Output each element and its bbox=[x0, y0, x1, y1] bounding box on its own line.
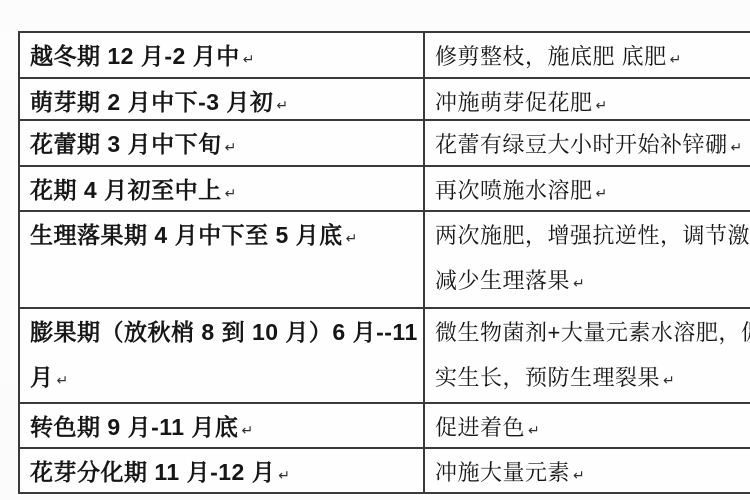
action-cell-line: 微生物菌剂+大量元素水溶肥，促 bbox=[435, 310, 750, 355]
paragraph-return-icon: ↵ bbox=[573, 275, 585, 291]
table-row: 生理落果期 4 月中下至 5 月底↵两次施肥，增强抗逆性，调节激素减少生理落果↵ bbox=[20, 212, 750, 309]
action-cell-line: 花蕾有绿豆大小时开始补锌硼↵ bbox=[435, 122, 750, 167]
period-cell-line: 越冬期 12 月-2 月中↵ bbox=[30, 34, 423, 79]
table-row: 膨果期（放秋梢 8 到 10 月）6 月--11月↵微生物菌剂+大量元素水溶肥，… bbox=[20, 309, 750, 404]
table-row: 花芽分化期 11 月-12 月↵冲施大量元素↵ bbox=[20, 449, 750, 494]
paragraph-return-icon: ↵ bbox=[596, 97, 608, 113]
action-cell: 冲施大量元素↵ bbox=[425, 449, 750, 492]
action-cell-line: 冲施萌芽促花肥↵ bbox=[435, 80, 750, 125]
paragraph-return-icon: ↵ bbox=[243, 51, 255, 67]
paragraph-return-icon: ↵ bbox=[346, 230, 358, 246]
period-cell: 花芽分化期 11 月-12 月↵ bbox=[20, 449, 425, 492]
period-cell: 转色期 9 月-11 月底↵ bbox=[20, 404, 425, 447]
action-cell-line: 实生长，预防生理裂果↵ bbox=[435, 355, 750, 400]
table-row: 萌芽期 2 月中下-3 月初↵冲施萌芽促花肥↵ bbox=[20, 79, 750, 121]
period-cell: 生理落果期 4 月中下至 5 月底↵ bbox=[20, 212, 425, 307]
action-cell: 花蕾有绿豆大小时开始补锌硼↵ bbox=[425, 121, 750, 165]
period-cell-line: 萌芽期 2 月中下-3 月初↵ bbox=[30, 80, 423, 125]
paragraph-return-icon: ↵ bbox=[596, 185, 608, 201]
action-cell-line: 两次施肥，增强抗逆性，调节激素 bbox=[435, 213, 750, 258]
action-cell: 修剪整枝，施底肥 底肥↵ bbox=[425, 33, 750, 77]
paragraph-return-icon: ↵ bbox=[57, 372, 69, 388]
period-cell: 花期 4 月初至中上↵ bbox=[20, 167, 425, 210]
action-cell: 微生物菌剂+大量元素水溶肥，促实生长，预防生理裂果↵ bbox=[425, 309, 750, 402]
paragraph-return-icon: ↵ bbox=[225, 139, 237, 155]
period-cell-line: 花蕾期 3 月中下旬↵ bbox=[30, 122, 423, 167]
paragraph-return-icon: ↵ bbox=[276, 97, 288, 113]
paragraph-return-icon: ↵ bbox=[225, 185, 237, 201]
period-cell-line: 生理落果期 4 月中下至 5 月底↵ bbox=[30, 213, 423, 258]
action-cell-line: 减少生理落果↵ bbox=[435, 258, 750, 303]
table-row: 花期 4 月初至中上↵再次喷施水溶肥↵ bbox=[20, 167, 750, 212]
paragraph-return-icon: ↵ bbox=[731, 139, 743, 155]
paragraph-return-icon: ↵ bbox=[573, 467, 585, 483]
fertilization-schedule-table: 越冬期 12 月-2 月中↵修剪整枝，施底肥 底肥↵萌芽期 2 月中下-3 月初… bbox=[18, 31, 750, 494]
paragraph-return-icon: ↵ bbox=[241, 422, 253, 438]
period-cell: 膨果期（放秋梢 8 到 10 月）6 月--11月↵ bbox=[20, 309, 425, 402]
table-row: 越冬期 12 月-2 月中↵修剪整枝，施底肥 底肥↵ bbox=[20, 33, 750, 79]
action-cell: 冲施萌芽促花肥↵ bbox=[425, 79, 750, 119]
table-row: 花蕾期 3 月中下旬↵花蕾有绿豆大小时开始补锌硼↵ bbox=[20, 121, 750, 167]
action-cell-line: 再次喷施水溶肥↵ bbox=[435, 168, 750, 213]
document-page: 越冬期 12 月-2 月中↵修剪整枝，施底肥 底肥↵萌芽期 2 月中下-3 月初… bbox=[0, 0, 750, 500]
action-cell: 促进着色↵ bbox=[425, 404, 750, 447]
action-cell-line: 促进着色↵ bbox=[435, 405, 750, 450]
period-cell: 花蕾期 3 月中下旬↵ bbox=[20, 121, 425, 165]
period-cell-line: 月↵ bbox=[30, 355, 423, 400]
paragraph-return-icon: ↵ bbox=[663, 372, 675, 388]
paragraph-return-icon: ↵ bbox=[528, 422, 540, 438]
period-cell: 越冬期 12 月-2 月中↵ bbox=[20, 33, 425, 77]
paragraph-return-icon: ↵ bbox=[670, 51, 682, 67]
period-cell-line: 转色期 9 月-11 月底↵ bbox=[30, 405, 423, 450]
action-cell-line: 修剪整枝，施底肥 底肥↵ bbox=[435, 34, 750, 79]
action-cell: 再次喷施水溶肥↵ bbox=[425, 167, 750, 210]
period-cell: 萌芽期 2 月中下-3 月初↵ bbox=[20, 79, 425, 119]
period-cell-line: 膨果期（放秋梢 8 到 10 月）6 月--11 bbox=[30, 310, 423, 355]
paragraph-return-icon: ↵ bbox=[278, 467, 290, 483]
table-row: 转色期 9 月-11 月底↵促进着色↵ bbox=[20, 404, 750, 449]
action-cell-line: 冲施大量元素↵ bbox=[435, 450, 750, 495]
action-cell: 两次施肥，增强抗逆性，调节激素减少生理落果↵ bbox=[425, 212, 750, 307]
period-cell-line: 花芽分化期 11 月-12 月↵ bbox=[30, 450, 423, 495]
page-top-margin bbox=[0, 0, 750, 31]
period-cell-line: 花期 4 月初至中上↵ bbox=[30, 168, 423, 213]
